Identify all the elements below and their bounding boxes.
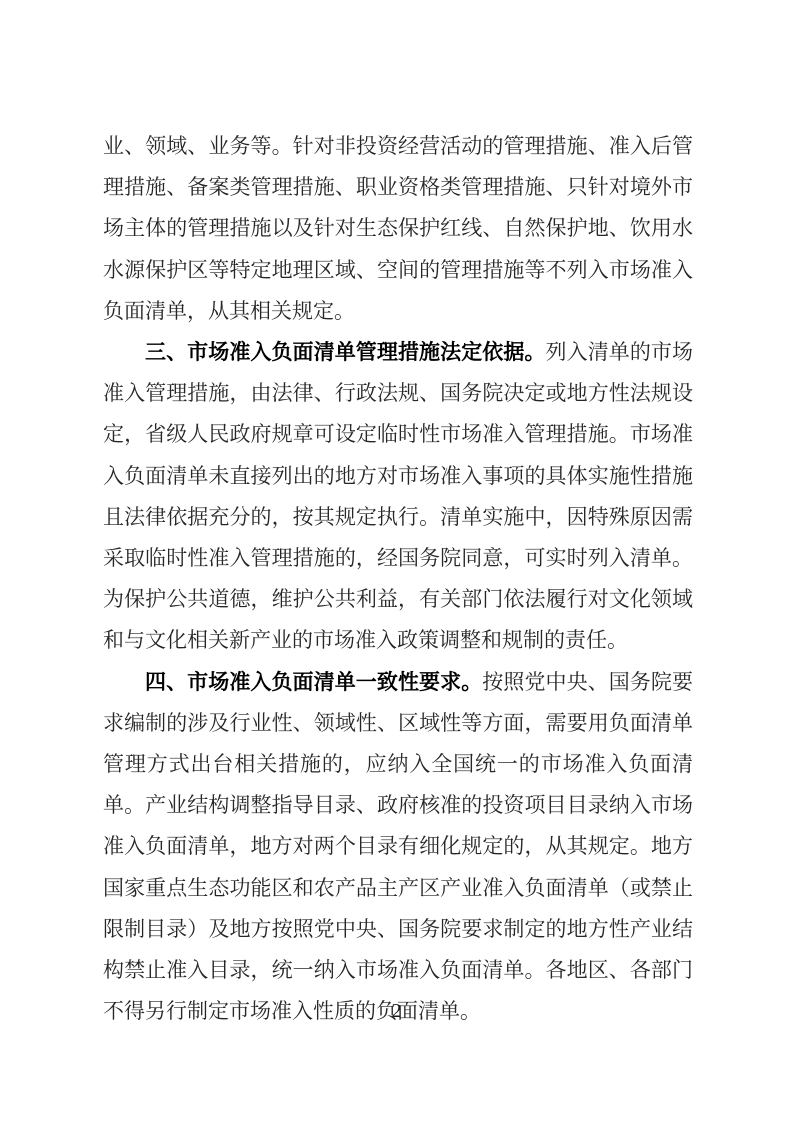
section-3-heading: 三、市场准入负面清单管理措施法定依据。 xyxy=(145,341,546,364)
document-body: 业、领域、业务等。针对非投资经营活动的管理措施、准入后管理措施、备案类管理措施、… xyxy=(103,126,693,1032)
paragraph-text: 按照党中央、国务院要求编制的涉及行业性、领域性、区域性等方面，需要用负面清单管理… xyxy=(103,670,693,1024)
paragraph-section-3: 三、市场准入负面清单管理措施法定依据。列入清单的市场准入管理措施，由法律、行政法… xyxy=(103,332,693,662)
document-page: 业、领域、业务等。针对非投资经营活动的管理措施、准入后管理措施、备案类管理措施、… xyxy=(0,0,793,1122)
paragraph-section-4: 四、市场准入负面清单一致性要求。按照党中央、国务院要求编制的涉及行业性、领域性、… xyxy=(103,662,693,1033)
paragraph-continuation: 业、领域、业务等。针对非投资经营活动的管理措施、准入后管理措施、备案类管理措施、… xyxy=(103,126,693,332)
paragraph-text: 列入清单的市场准入管理措施，由法律、行政法规、国务院决定或地方性法规设定，省级人… xyxy=(103,340,693,652)
paragraph-text: 业、领域、业务等。针对非投资经营活动的管理措施、准入后管理措施、备案类管理措施、… xyxy=(103,134,693,323)
section-4-heading: 四、市场准入负面清单一致性要求。 xyxy=(145,671,482,694)
page-number: 2 xyxy=(0,997,793,1025)
